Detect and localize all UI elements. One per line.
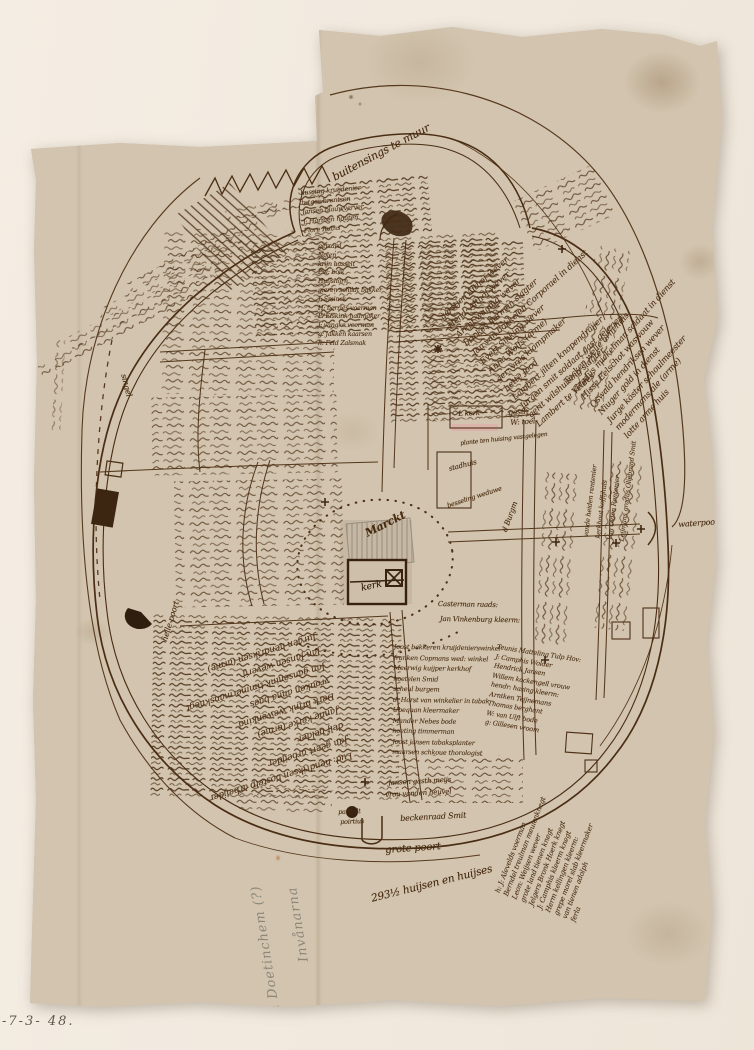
waterpoort-gate — [648, 512, 656, 545]
name-entry: J: vangke voerman — [318, 322, 396, 331]
name-entry: Eal: bolk — [318, 269, 396, 278]
name-entry: g: Jakken kaarsen — [318, 331, 396, 340]
name-entry: gerrard — [318, 243, 396, 252]
label-gatekeeper-2: poirtius — [340, 817, 364, 826]
label-casterman: Casterman raads: — [438, 600, 498, 609]
paper-sheet-shadow: buitensings te muur Marckt kerk L kerk g… — [0, 0, 754, 1050]
name-entry: h: Feld Zalsmak — [318, 340, 396, 349]
label-church-block: L kerk — [458, 409, 480, 418]
name-entry: gieren schildt bakker — [318, 287, 396, 296]
name-entry: J: Sminck — [318, 296, 396, 305]
name-entry: krijn hasselt — [318, 261, 396, 270]
name-list-suburb-north: hussing kruijdeniertutges brentsenJansen… — [300, 179, 416, 236]
label-gatekeeper-1: parbolt — [338, 807, 361, 816]
name-list-inside-center: gerrardNolenkrijn hasseltEal: bolkHuijsh… — [318, 243, 396, 349]
name-entry: H: berries voerman — [318, 305, 396, 314]
paper-sheet: buitensings te muur Marckt kerk L kerk g… — [0, 0, 754, 1050]
scanned-manuscript-map: -7-3- 48. — [0, 0, 754, 1050]
label-vinkenburg: Jan Vinkenburg kleerm: — [440, 615, 520, 624]
helle-poort-bastion — [125, 608, 152, 629]
name-list-center-south: Joost bakkeren kruijdenierswinkelfranken… — [392, 642, 536, 760]
name-entry: P: Elskink hadmaker — [318, 313, 396, 322]
name-entry: Nolen — [318, 252, 396, 261]
label-east-gate: waterpoort — [678, 517, 722, 529]
name-entry: Huijshorn — [318, 278, 396, 287]
